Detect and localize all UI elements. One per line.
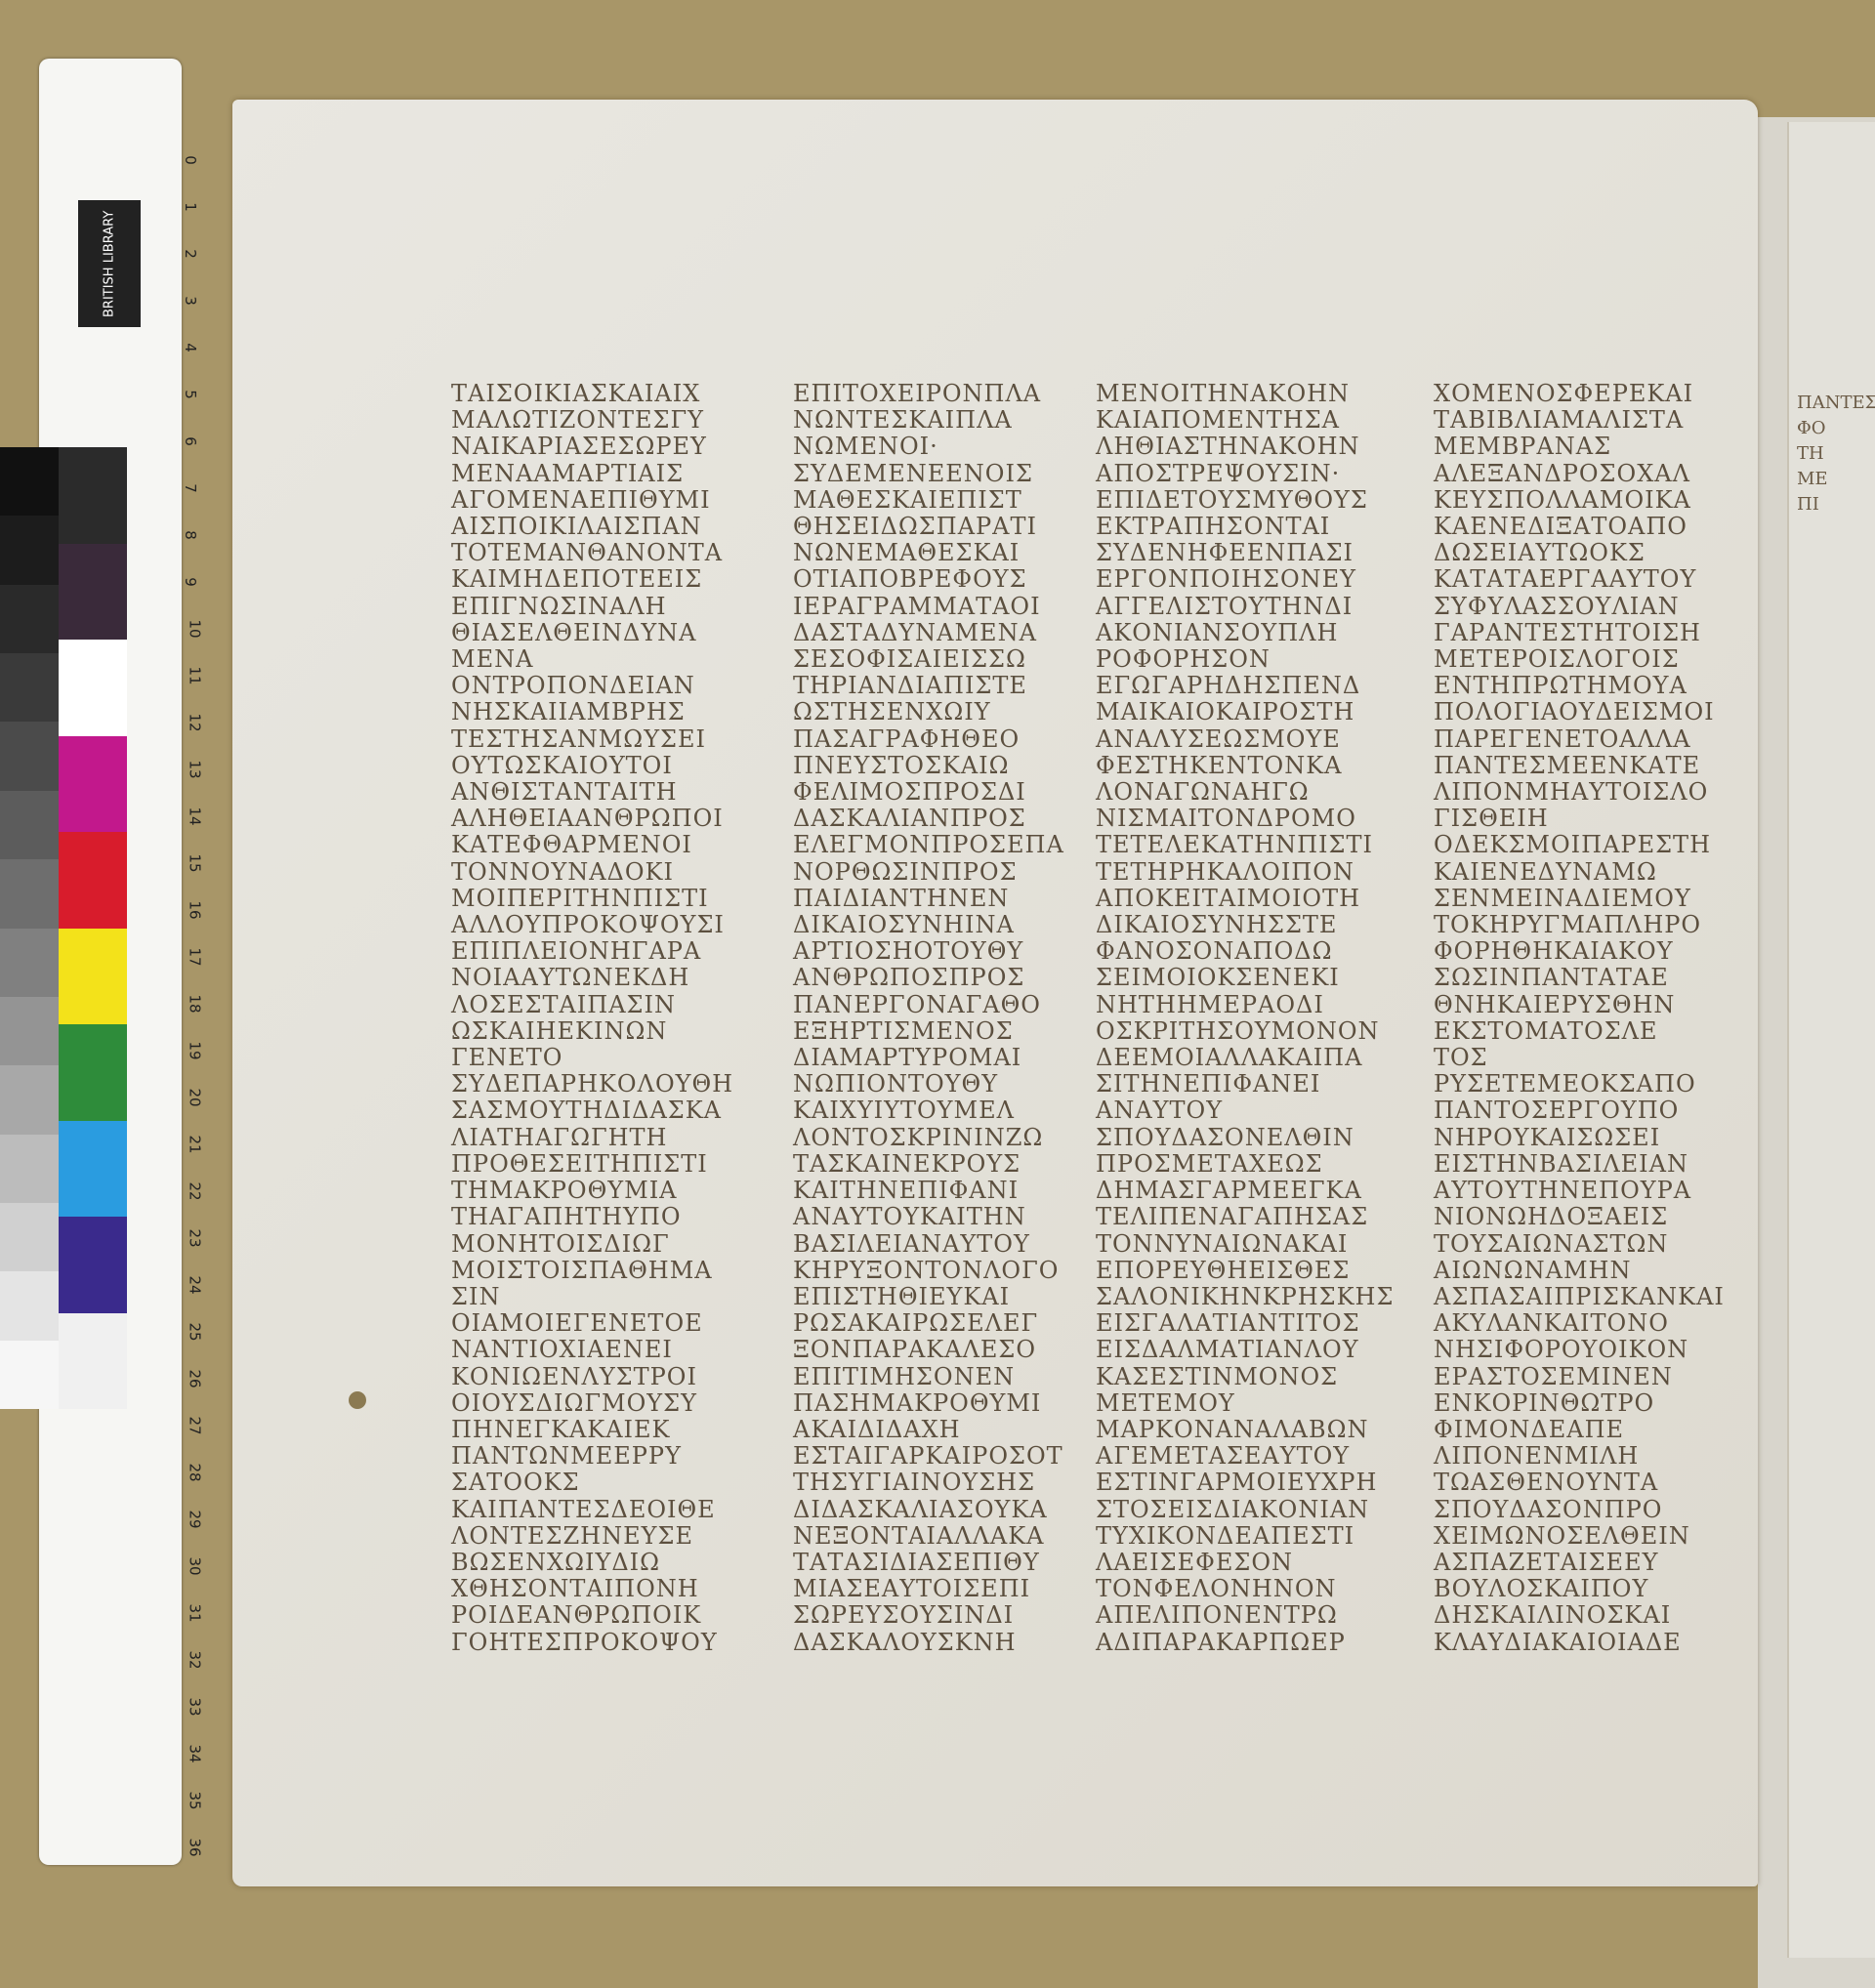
gray-patch (0, 653, 59, 722)
gray-patch (0, 997, 59, 1065)
ruler-tick: 10 (187, 619, 204, 638)
gray-patch (0, 1341, 59, 1409)
text-column-2: ΕΠΙΤΟΧΕΙΡΟΝΠΛΑ ΝΩΝΤΕΣΚΑΙΠΛΑ ΝΩΜΕΝΟΙ· ΣΥΔ… (793, 381, 1064, 1656)
ruler-tick: 32 (187, 1650, 204, 1669)
ruler-tick: 24 (187, 1275, 204, 1294)
ruler-tick: 27 (187, 1416, 204, 1434)
ruler-tick: 3 (182, 296, 199, 306)
ruler-tick: 31 (187, 1603, 204, 1622)
ruler-tick: 8 (182, 530, 199, 540)
library-label: BRITISH LIBRARY (78, 200, 141, 327)
ruler-tick: 26 (187, 1369, 204, 1387)
ruler-tick: 0 (182, 155, 199, 165)
color-patch (59, 929, 127, 1025)
color-calibration-card (0, 447, 127, 1409)
gray-patch (0, 791, 59, 859)
gray-patch (0, 929, 59, 997)
ruler-tick: 4 (182, 343, 199, 352)
ruler-tick: 29 (187, 1510, 204, 1528)
color-patch (59, 832, 127, 929)
ruler-tick: 9 (182, 577, 199, 587)
ruler-tick: 30 (187, 1556, 204, 1575)
ruler-tick: 23 (187, 1228, 204, 1247)
binding-hole (349, 1391, 366, 1409)
ruler-tick: 33 (187, 1697, 204, 1716)
ruler-tick: 36 (187, 1838, 204, 1856)
ruler-tick: 14 (187, 807, 204, 825)
ruler-tick: 25 (187, 1322, 204, 1341)
grayscale-patches (0, 447, 59, 1409)
ruler-tick: 34 (187, 1744, 204, 1762)
gray-patch (0, 1203, 59, 1271)
color-patch (59, 736, 127, 833)
ruler-tick: 2 (182, 249, 199, 259)
text-column-3: ΜΕΝΟΙΤΗΝΑΚΟΗΝ ΚΑΙΑΠΟΜΕΝΤΗΣΑ ΛΗΘΙΑΣΤΗΝΑΚΟ… (1096, 381, 1394, 1656)
color-patch (59, 1121, 127, 1218)
ruler-tick: 28 (187, 1463, 204, 1481)
gray-patch (0, 585, 59, 653)
ruler-tick: 16 (187, 900, 204, 919)
ruler-tick: 6 (182, 436, 199, 446)
color-patch (59, 1024, 127, 1121)
gray-patch (0, 859, 59, 928)
ruler-tick: 5 (182, 390, 199, 399)
color-patch (59, 447, 127, 544)
ruler-tick: 22 (187, 1181, 204, 1200)
gray-patch (0, 516, 59, 584)
ruler-ticks: 0123456789101112131415161718192021222324… (186, 151, 215, 1870)
margin-annotation: ΠΑΝΤΕΣ ΦΟ ΤΗ ΜΕ ΠΙ (1797, 391, 1875, 518)
ruler-tick: 15 (187, 853, 204, 872)
ruler-tick: 18 (187, 994, 204, 1013)
color-patch (59, 544, 127, 641)
gray-patch (0, 447, 59, 516)
text-column-1: ΤΑΙΣΟΙΚΙΑΣΚΑΙΑΙΧ ΜΑΛΩΤΙΖΟΝΤΕΣΓΥ ΝΑΙΚΑΡΙΑ… (451, 381, 733, 1656)
ruler-tick: 13 (187, 760, 204, 778)
ruler-tick: 21 (187, 1135, 204, 1153)
ruler-tick: 11 (187, 666, 204, 684)
color-patch (59, 1217, 127, 1313)
gray-patch (0, 722, 59, 790)
gray-patch (0, 1065, 59, 1134)
color-patches (59, 447, 127, 1409)
gray-patch (0, 1271, 59, 1340)
text-column-4: ΧΟΜΕΝΟΣΦΕΡΕΚΑΙ ΤΑΒΙΒΛΙΑΜΑΛΙΣΤΑ ΜΕΜΒΡΑΝΑΣ… (1434, 381, 1725, 1656)
ruler-tick: 19 (187, 1041, 204, 1059)
color-patch (59, 1313, 127, 1410)
ruler-tick: 17 (187, 947, 204, 966)
ruler-tick: 1 (182, 202, 199, 212)
ruler-tick: 12 (187, 713, 204, 731)
gray-patch (0, 1135, 59, 1203)
ruler-tick: 20 (187, 1088, 204, 1106)
color-patch (59, 640, 127, 736)
ruler-tick: 35 (187, 1791, 204, 1809)
ruler-tick: 7 (182, 483, 199, 493)
